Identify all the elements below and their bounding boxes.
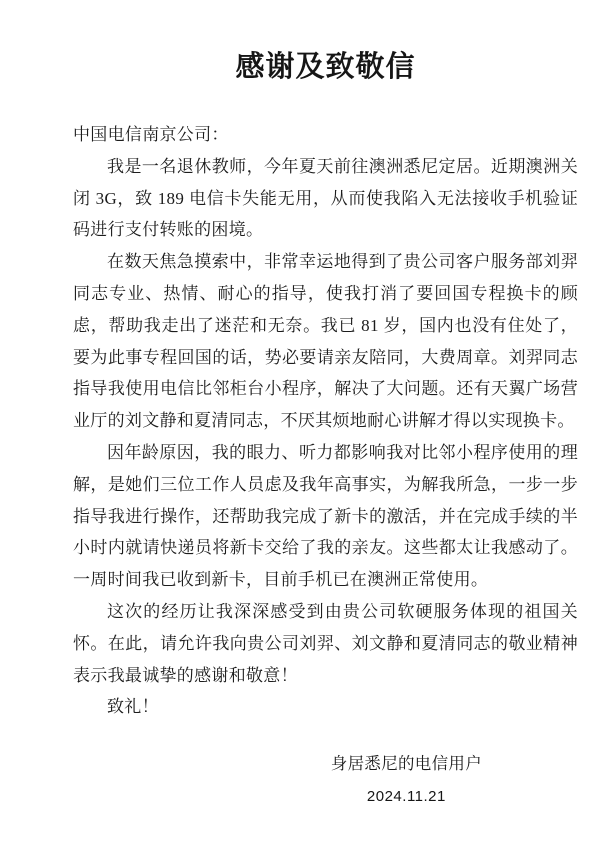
date-line: 2024.11.21	[331, 780, 482, 814]
paragraph-service-help: 在数天焦急摸索中，非常幸运地得到了贵公司客户服务部刘羿同志专业、热情、耐心的指导…	[73, 246, 578, 437]
paragraph-card-activation: 因年龄原因，我的眼力、听力都影响我对比邻小程序使用的理解，是她们三位工作人员虑及…	[73, 437, 578, 596]
salutation: 中国电信南京公司：	[73, 119, 578, 151]
closing-salute: 致礼！	[73, 691, 578, 723]
letter-title: 感谢及致敬信	[73, 46, 578, 88]
signature-line: 身居悉尼的电信用户	[331, 748, 482, 780]
paragraph-gratitude: 这次的经历让我深深感受到由贵公司软硬服务体现的祖国关怀。在此，请允许我向贵公司刘…	[73, 596, 578, 691]
letter-page: 感谢及致敬信 中国电信南京公司： 我是一名退休教师，今年夏天前往澳洲悉尼定居。近…	[0, 0, 600, 849]
paragraph-intro: 我是一名退休教师，今年夏天前往澳洲悉尼定居。近期澳洲关闭 3G，致 189 电信…	[73, 151, 578, 246]
signature-block: 身居悉尼的电信用户 2024.11.21	[331, 748, 482, 814]
letter-body: 中国电信南京公司： 我是一名退休教师，今年夏天前往澳洲悉尼定居。近期澳洲关闭 3…	[73, 119, 578, 723]
